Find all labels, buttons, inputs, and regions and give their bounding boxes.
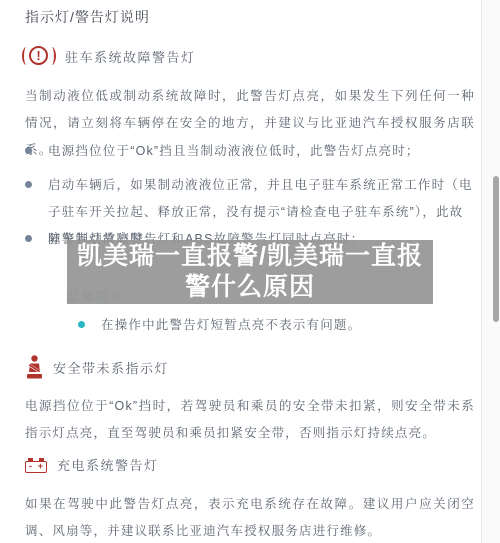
battery-plus: + — [38, 462, 43, 471]
tip-bullet: 在操作中此警告灯短暂点亮不表示有问题。 — [78, 312, 468, 339]
charging-paragraph: 如果在驾驶中此警告灯点亮，表示充电系统存在故障。建议用户应关闭空调、风扇等，并建… — [25, 491, 475, 543]
scrollbar-track[interactable] — [481, 0, 500, 543]
brake-arc-right — [47, 47, 56, 65]
overlay-title: 凯美瑞一直报警/凯美瑞一直报警什么原因 — [67, 241, 433, 303]
section-brake-label: 驻车系统故障警告灯 — [65, 47, 196, 66]
section-seatbelt-label: 安全带未系指示灯 — [53, 358, 169, 377]
tip-bullet-dot — [78, 321, 85, 328]
scrollbar-thumb[interactable] — [493, 176, 499, 322]
brake-warning-icon: ! — [22, 44, 56, 68]
battery-charge-warning-icon: - + — [24, 456, 48, 474]
overlay-caption-banner: 凯美瑞一直报警/凯美瑞一直报警什么原因 — [67, 240, 433, 304]
bullet-dot — [25, 235, 32, 242]
page-title: 指示灯/警告灯说明 — [25, 7, 150, 27]
seatbelt-reminder-icon — [25, 355, 44, 379]
bullet-dot — [25, 181, 32, 188]
section-charging-label: 充电系统警告灯 — [57, 455, 159, 474]
section-seatbelt-header: 安全带未系指示灯 — [25, 355, 169, 379]
bullet-dot — [25, 147, 32, 154]
section-brake-header: ! 驻车系统故障警告灯 — [22, 44, 196, 68]
battery-body: - + — [25, 461, 47, 473]
article-page: 指示灯/警告灯说明 ! 驻车系统故障警告灯 当制动液位低或制动系统故障时，此警告… — [0, 0, 500, 543]
brake-bullet-1: 电源挡位位于“Ok”挡且当制动液液位低时，此警告灯点亮时； — [25, 138, 475, 165]
battery-minus: - — [29, 462, 32, 471]
section-charging-header: - + 充电系统警告灯 — [24, 455, 159, 474]
brake-exclamation: ! — [29, 46, 48, 65]
seatbelt-paragraph: 电源挡位位于“Ok”挡时，若驾驶员和乘员的安全带未扣紧，则安全带未系指示灯点亮，… — [25, 393, 475, 447]
